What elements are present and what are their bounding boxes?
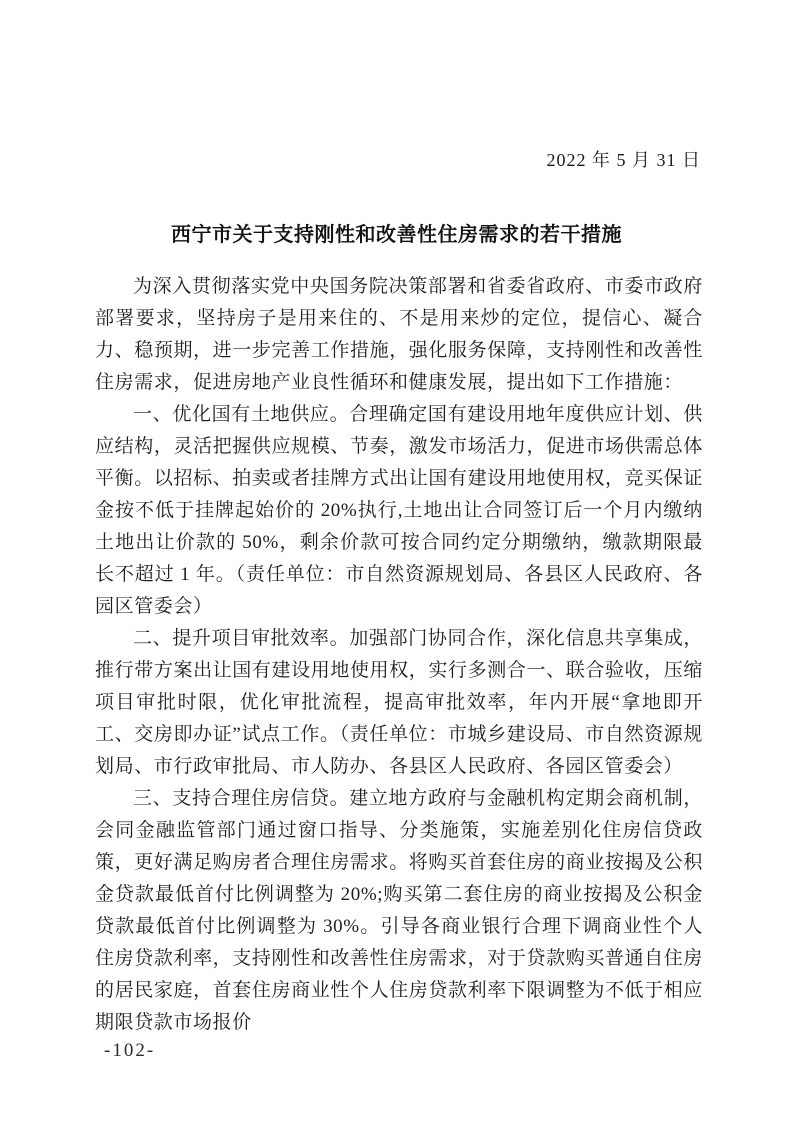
paragraph-measure-2: 二、提升项目审批效率。加强部门协同合作，深化信息共享集成，推行带方案出让国有建设…	[95, 623, 703, 783]
paragraph-intro: 为深入贯彻落实党中央国务院决策部署和省委省政府、市委市政府部署要求，坚持房子是用…	[95, 271, 703, 399]
document-body: 为深入贯彻落实党中央国务院决策部署和省委省政府、市委市政府部署要求，坚持房子是用…	[95, 271, 703, 1039]
document-title: 西宁市关于支持刚性和改善性住房需求的若干措施	[0, 218, 793, 247]
document-date: 2022 年 5 月 31 日	[95, 146, 701, 172]
paragraph-measure-3: 三、支持合理住房信贷。建立地方政府与金融机构定期会商机制，会同金融监管部门通过窗…	[95, 783, 703, 1039]
paragraph-measure-1: 一、优化国有土地供应。合理确定国有建设用地年度供应计划、供应结构，灵活把握供应规…	[95, 399, 703, 623]
page-number: -102-	[104, 1040, 155, 1062]
document-page: 2022 年 5 月 31 日 西宁市关于支持刚性和改善性住房需求的若干措施 为…	[0, 0, 793, 1122]
